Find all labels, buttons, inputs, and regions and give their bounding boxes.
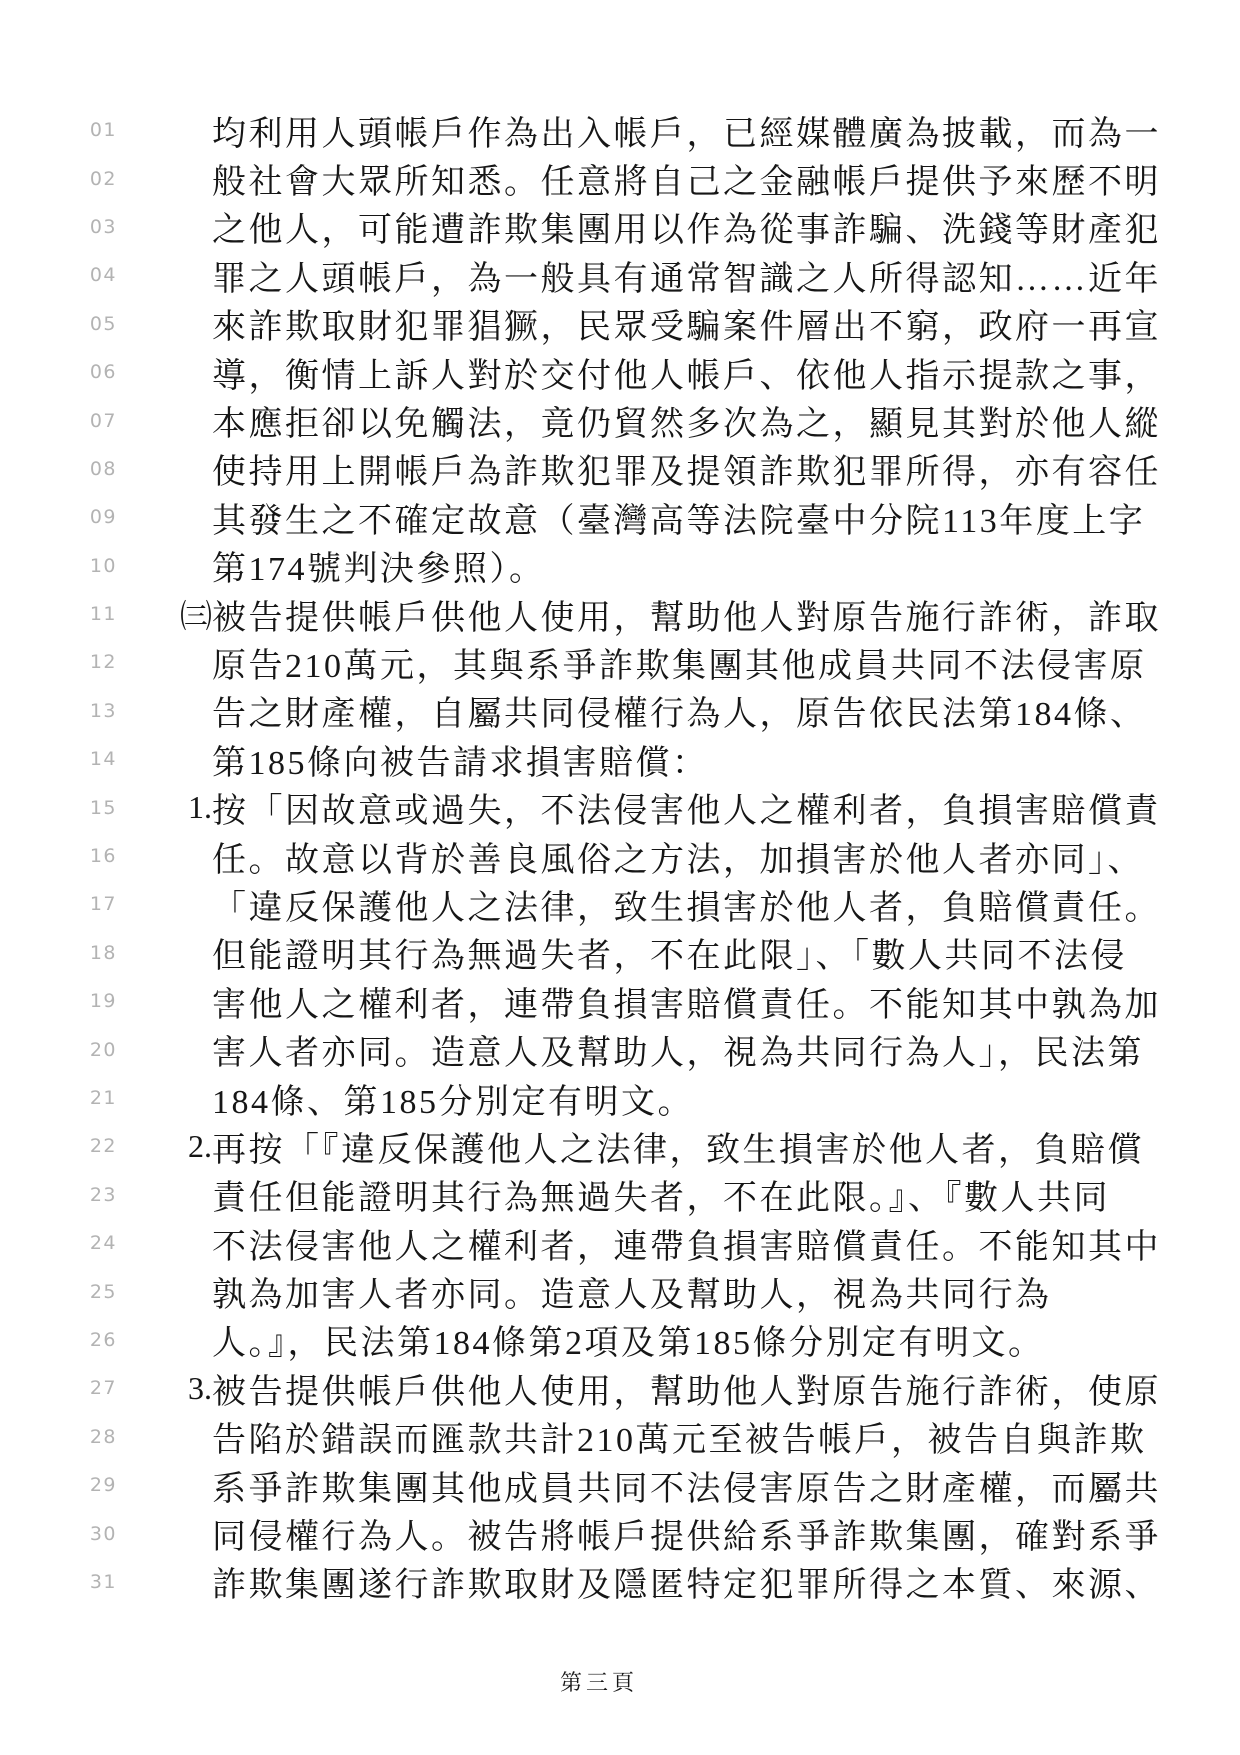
list-marker: 3.	[117, 1370, 212, 1407]
document-line: 25 孰為加害人者亦同。造意人及幫助人，視為共同行為	[0, 1267, 1240, 1315]
line-text: 均利用人頭帳戶作為出入帳戶，已經媒體廣為披載，而為一	[212, 106, 1161, 155]
line-text: 本應拒卻以免觸法，竟仍貿然多次為之，顯見其對於他人縱	[212, 396, 1161, 445]
line-number: 26	[0, 1329, 117, 1351]
line-text: 不法侵害他人之權利者，連帶負損害賠償責任。不能知其中	[212, 1219, 1161, 1268]
line-text: 告陷於錯誤而匯款共計210萬元至被告帳戶，被告自與詐欺	[212, 1412, 1147, 1461]
document-line: 09 其發生之不確定故意（臺灣高等法院臺中分院113年度上字	[0, 493, 1240, 541]
document-line: 14 第185條向被告請求損害賠償：	[0, 735, 1240, 783]
list-marker: 2.	[117, 1128, 212, 1165]
document-line: 29 系爭詐欺集團其他成員共同不法侵害原告之財產權，而屬共	[0, 1461, 1240, 1509]
line-text: 孰為加害人者亦同。造意人及幫助人，視為共同行為	[212, 1267, 1052, 1316]
line-text: 之他人，可能遭詐欺集團用以作為從事詐騙、洗錢等財產犯	[212, 202, 1161, 251]
document-line: 16 任。故意以背於善良風俗之方法，加損害於他人者亦同」、	[0, 832, 1240, 880]
line-number: 12	[0, 651, 117, 673]
line-number: 31	[0, 1571, 117, 1593]
document-line: 21 184條、第185分別定有明文。	[0, 1074, 1240, 1122]
document-line: 27 3. 被告提供帳戶供他人使用，幫助他人對原告施行詐術，使原	[0, 1364, 1240, 1412]
line-number: 20	[0, 1039, 117, 1061]
document-line: 31 詐欺集團遂行詐欺取財及隱匿特定犯罪所得之本質、來源、	[0, 1558, 1240, 1606]
list-marker: ㈢	[117, 591, 212, 637]
document-line: 26 人。』，民法第184條第2項及第185條分別定有明文。	[0, 1316, 1240, 1364]
line-text: 導，衡情上訴人對於交付他人帳戶、依他人指示提款之事，	[212, 348, 1161, 397]
document-line: 15 1. 按「因故意或過失，不法侵害他人之權利者，負損害賠償責	[0, 783, 1240, 831]
line-number: 25	[0, 1281, 117, 1303]
document-line: 17 「違反保護他人之法律，致生損害於他人者，負賠償責任。	[0, 880, 1240, 928]
document-line: 28 告陷於錯誤而匯款共計210萬元至被告帳戶，被告自與詐欺	[0, 1413, 1240, 1461]
document-line: 23 責任但能證明其行為無過失者，不在此限。』、『數人共同	[0, 1171, 1240, 1219]
document-line: 04 罪之人頭帳戶，為一般具有通常智識之人所得認知……近年	[0, 251, 1240, 299]
document-page: 01 均利用人頭帳戶作為出入帳戶，已經媒體廣為披載，而為一 02 般社會大眾所知…	[0, 0, 1240, 1755]
document-line: 08 使持用上開帳戶為詐欺犯罪及提領詐欺犯罪所得，亦有容任	[0, 445, 1240, 493]
line-text: 害人者亦同。造意人及幫助人，視為共同行為人」，民法第	[212, 1025, 1144, 1074]
line-number: 27	[0, 1377, 117, 1399]
document-line: 05 來詐欺取財犯罪猖獗，民眾受騙案件層出不窮，政府一再宣	[0, 300, 1240, 348]
line-text: 責任但能證明其行為無過失者，不在此限。』、『數人共同	[212, 1170, 1110, 1219]
line-number: 06	[0, 361, 117, 383]
document-line: 11 ㈢ 被告提供帳戶供他人使用，幫助他人對原告施行詐術，詐取	[0, 590, 1240, 638]
line-number: 16	[0, 845, 117, 867]
line-number: 01	[0, 119, 117, 141]
line-number: 15	[0, 797, 117, 819]
line-text: 人。』，民法第184條第2項及第185條分別定有明文。	[212, 1315, 1045, 1364]
line-number: 30	[0, 1523, 117, 1545]
document-line: 13 告之財產權，自屬共同侵權行為人，原告依民法第184條、	[0, 687, 1240, 735]
line-number: 14	[0, 748, 117, 770]
line-text: 來詐欺取財犯罪猖獗，民眾受騙案件層出不窮，政府一再宣	[212, 299, 1161, 348]
line-text: 般社會大眾所知悉。任意將自己之金融帳戶提供予來歷不明	[212, 154, 1161, 203]
document-line: 07 本應拒卻以免觸法，竟仍貿然多次為之，顯見其對於他人縱	[0, 396, 1240, 444]
line-text: 按「因故意或過失，不法侵害他人之權利者，負損害賠償責	[212, 783, 1161, 832]
document-line: 01 均利用人頭帳戶作為出入帳戶，已經媒體廣為披載，而為一	[0, 106, 1240, 154]
line-text: 被告提供帳戶供他人使用，幫助他人對原告施行詐術，詐取	[212, 590, 1161, 639]
line-text: 被告提供帳戶供他人使用，幫助他人對原告施行詐術，使原	[212, 1364, 1161, 1413]
document-body: 01 均利用人頭帳戶作為出入帳戶，已經媒體廣為披載，而為一 02 般社會大眾所知…	[0, 106, 1240, 1606]
line-text: 罪之人頭帳戶，為一般具有通常智識之人所得認知……近年	[212, 251, 1161, 300]
line-text: 害他人之權利者，連帶負損害賠償責任。不能知其中孰為加	[212, 977, 1161, 1026]
line-number: 19	[0, 990, 117, 1012]
line-text: 第174號判決參照）。	[212, 541, 546, 590]
line-text: 184條、第185分別定有明文。	[212, 1074, 694, 1123]
page-number-footer: 第三頁	[560, 1666, 638, 1697]
list-marker: 1.	[117, 789, 212, 826]
document-line: 12 原告210萬元，其與系爭詐欺集團其他成員共同不法侵害原	[0, 638, 1240, 686]
line-text: 再按「『違反保護他人之法律，致生損害於他人者，負賠償	[212, 1122, 1144, 1171]
line-text: 第185條向被告請求損害賠償：	[212, 735, 709, 784]
line-number: 22	[0, 1135, 117, 1157]
line-text: 其發生之不確定故意（臺灣高等法院臺中分院113年度上字	[212, 493, 1145, 542]
document-line: 06 導，衡情上訴人對於交付他人帳戶、依他人指示提款之事，	[0, 348, 1240, 396]
line-number: 09	[0, 506, 117, 528]
line-number: 21	[0, 1087, 117, 1109]
document-line: 10 第174號判決參照）。	[0, 542, 1240, 590]
line-text: 詐欺集團遂行詐欺取財及隱匿特定犯罪所得之本質、來源、	[212, 1557, 1161, 1606]
document-line: 22 2. 再按「『違反保護他人之法律，致生損害於他人者，負賠償	[0, 1122, 1240, 1170]
line-number: 18	[0, 942, 117, 964]
line-text: 同侵權行為人。被告將帳戶提供給系爭詐欺集團，確對系爭	[212, 1509, 1161, 1558]
line-number: 13	[0, 700, 117, 722]
line-number: 03	[0, 216, 117, 238]
line-number: 05	[0, 313, 117, 335]
line-text: 「違反保護他人之法律，致生損害於他人者，負賠償責任。	[212, 880, 1161, 929]
line-number: 02	[0, 168, 117, 190]
line-number: 23	[0, 1184, 117, 1206]
line-number: 17	[0, 893, 117, 915]
line-number: 04	[0, 264, 117, 286]
document-line: 03 之他人，可能遭詐欺集團用以作為從事詐騙、洗錢等財產犯	[0, 203, 1240, 251]
line-text: 但能證明其行為無過失者，不在此限」、「數人共同不法侵	[212, 928, 1127, 977]
document-line: 19 害他人之權利者，連帶負損害賠償責任。不能知其中孰為加	[0, 977, 1240, 1025]
line-number: 11	[0, 603, 117, 625]
line-number: 10	[0, 555, 117, 577]
line-text: 告之財產權，自屬共同侵權行為人，原告依民法第184條、	[212, 686, 1147, 735]
line-number: 28	[0, 1426, 117, 1448]
line-number: 07	[0, 410, 117, 432]
line-text: 系爭詐欺集團其他成員共同不法侵害原告之財產權，而屬共	[212, 1461, 1161, 1510]
document-line: 18 但能證明其行為無過失者，不在此限」、「數人共同不法侵	[0, 929, 1240, 977]
document-line: 24 不法侵害他人之權利者，連帶負損害賠償責任。不能知其中	[0, 1219, 1240, 1267]
line-text: 使持用上開帳戶為詐欺犯罪及提領詐欺犯罪所得，亦有容任	[212, 444, 1161, 493]
line-number: 24	[0, 1232, 117, 1254]
line-number: 29	[0, 1474, 117, 1496]
line-number: 08	[0, 458, 117, 480]
line-text: 原告210萬元，其與系爭詐欺集團其他成員共同不法侵害原	[212, 638, 1147, 687]
document-line: 20 害人者亦同。造意人及幫助人，視為共同行為人」，民法第	[0, 1025, 1240, 1073]
line-text: 任。故意以背於善良風俗之方法，加損害於他人者亦同」、	[212, 832, 1144, 881]
document-line: 30 同侵權行為人。被告將帳戶提供給系爭詐欺集團，確對系爭	[0, 1509, 1240, 1557]
document-line: 02 般社會大眾所知悉。任意將自己之金融帳戶提供予來歷不明	[0, 154, 1240, 202]
